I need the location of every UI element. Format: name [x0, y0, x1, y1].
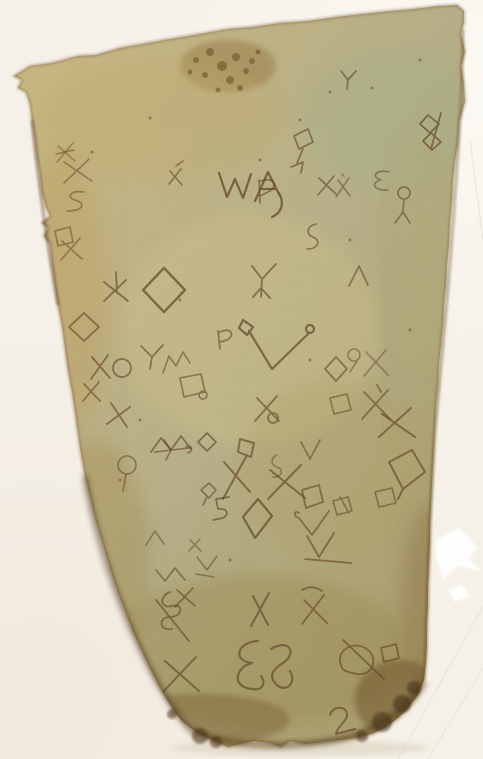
paper-crease	[470, 140, 483, 240]
photo-artifacts	[436, 528, 481, 602]
edge-encrustation	[167, 709, 177, 719]
overexposure-patch	[448, 584, 470, 602]
fiber-texture	[0, 0, 483, 759]
edge-encrustation	[192, 728, 208, 744]
tablet-surface	[0, 0, 483, 759]
edge-encrustation	[393, 695, 411, 713]
edge-encrustation	[210, 736, 222, 748]
photo-background	[0, 0, 483, 759]
tablet-photo	[0, 0, 483, 759]
edge-encrustation	[407, 681, 421, 695]
paper-crease	[428, 668, 483, 759]
edge-encrustation	[372, 712, 392, 732]
overexposure-patch	[436, 528, 481, 580]
edge-encrustation	[356, 730, 368, 742]
